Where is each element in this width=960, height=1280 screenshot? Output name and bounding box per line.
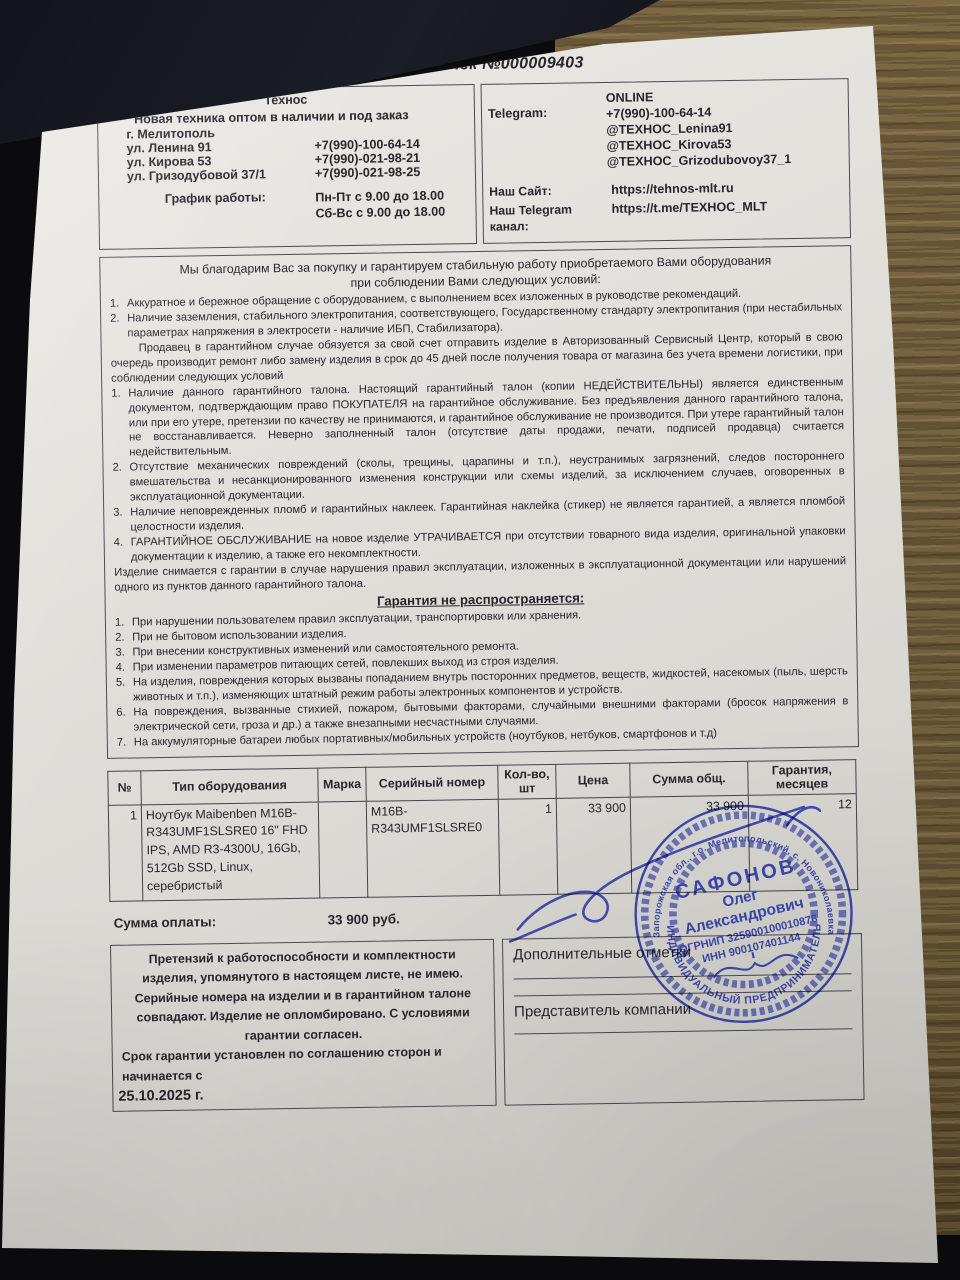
item-number: 3. [115, 646, 132, 661]
item-number: 6. [116, 705, 133, 735]
site-url: https://tehnos-mlt.ru [611, 178, 843, 198]
condition-number: 4. [114, 535, 131, 565]
store-address-list: ул. Ленина 91 +7(990)-100-64-14 ул. Киро… [104, 136, 469, 184]
not-covered-list: 1. При нарушении пользователем правил эк… [115, 605, 849, 751]
online-contacts-box: Telegram: ONLINE +7(990)-100-64-14 @TEXH… [481, 78, 851, 243]
telegram-row: Telegram: ONLINE +7(990)-100-64-14 @TEXH… [488, 86, 843, 172]
signature-stroke-main [516, 807, 806, 930]
photo-scene: Товарный Чек №000009403 Технос Новая тех… [0, 0, 960, 1280]
channel-url: https://t.me/TEXHOC_MLT [611, 197, 843, 234]
condition-number: 3. [113, 505, 130, 535]
col-qty: Кол-во, шт [498, 764, 557, 799]
work-schedule-row: График работы: Пн-Пт с 9.00 до 18.00 Сб-… [105, 187, 469, 225]
item-number: 7. [117, 735, 134, 750]
phone-number: +7(990)-021-98-25 [315, 164, 469, 180]
item-number: 2. [115, 631, 132, 646]
item-num: 1 [108, 804, 143, 901]
schedule-weekdays: Пн-Пт с 9.00 до 18.00 [315, 189, 444, 205]
condition-number: 2. [110, 312, 127, 342]
payment-label: Сумма оплаты: [110, 912, 328, 930]
condition-number: 2. [112, 461, 130, 506]
site-label: Наш Сайт: [489, 182, 611, 200]
col-price: Цена [556, 763, 631, 798]
item-number: 5. [116, 675, 133, 705]
receipt-paper: Товарный Чек №000009403 Технос Новая тех… [0, 0, 960, 1280]
online-phone: +7(990)-100-64-14 [606, 105, 712, 121]
condition-number: 1. [111, 386, 129, 461]
schedule-weekend: Сб-Вс с 9.00 до 18.00 [315, 205, 445, 221]
condition-text: Наличие данного гарантийного талона. Нас… [128, 375, 844, 461]
handwritten-signature [504, 794, 836, 959]
item-brand [318, 801, 368, 898]
buyer-claims-box: Претензий к работоспособности и комплект… [110, 938, 497, 1112]
item-type: Ноутбук Maibenben M16B-R343UMF1SLSRE0 16… [141, 802, 319, 901]
warranty-conditions-list-2: 1. Наличие данного гарантийного талона. … [111, 375, 846, 565]
schedule-values: Пн-Пт с 9.00 до 18.00 Сб-Вс с 9.00 до 18… [315, 187, 469, 221]
col-total: Сумма общ. [630, 761, 749, 797]
telegram-values: ONLINE +7(990)-100-64-14 @TEXHOC_Lenina9… [606, 86, 843, 170]
col-brand: Марка [318, 767, 367, 802]
warranty-terms-box: Мы благодарим Вас за покупку и гарантиру… [99, 245, 859, 759]
item-serial: M16B-R343UMF1SLSRE0 [366, 799, 499, 897]
telegram-channel-row: Наш Telegram канал: https://t.me/TEXHOC_… [489, 197, 843, 236]
col-type: Тип оборудования [141, 768, 319, 805]
channel-label: Наш Telegram канал: [489, 200, 612, 235]
item-number: 4. [116, 661, 133, 676]
street-label: ул. Гризодубовой 37/1 [105, 167, 315, 184]
online-label: ONLINE [606, 90, 654, 105]
warranty-term-text: Срок гарантии установлен по соглашению с… [122, 1042, 487, 1087]
payment-value: 33 900 руб. [328, 911, 400, 927]
col-serial: Серийный номер [366, 765, 499, 801]
condition-number: 1. [110, 297, 127, 312]
claims-text: Претензий к работоспособности и комплект… [120, 944, 485, 1048]
site-links-block: Наш Сайт: https://tehnos-mlt.ru Наш Tele… [489, 178, 844, 235]
receipt-document: Товарный Чек №000009403 Технос Новая тех… [96, 44, 864, 1112]
col-num: № [108, 770, 142, 805]
col-warranty: Гарантия, месяцев [748, 759, 857, 795]
item-number: 1. [115, 616, 132, 631]
schedule-label: График работы: [105, 190, 315, 225]
warranty-intro-line1: Мы благодарим Вас за покупку и гарантиру… [179, 253, 771, 276]
warranty-intro-line2: при соблюдении Вами следующих условий: [350, 272, 600, 290]
telegram-label: Telegram: [488, 90, 607, 172]
condition-item: 1. Наличие данного гарантийного талона. … [111, 375, 844, 461]
